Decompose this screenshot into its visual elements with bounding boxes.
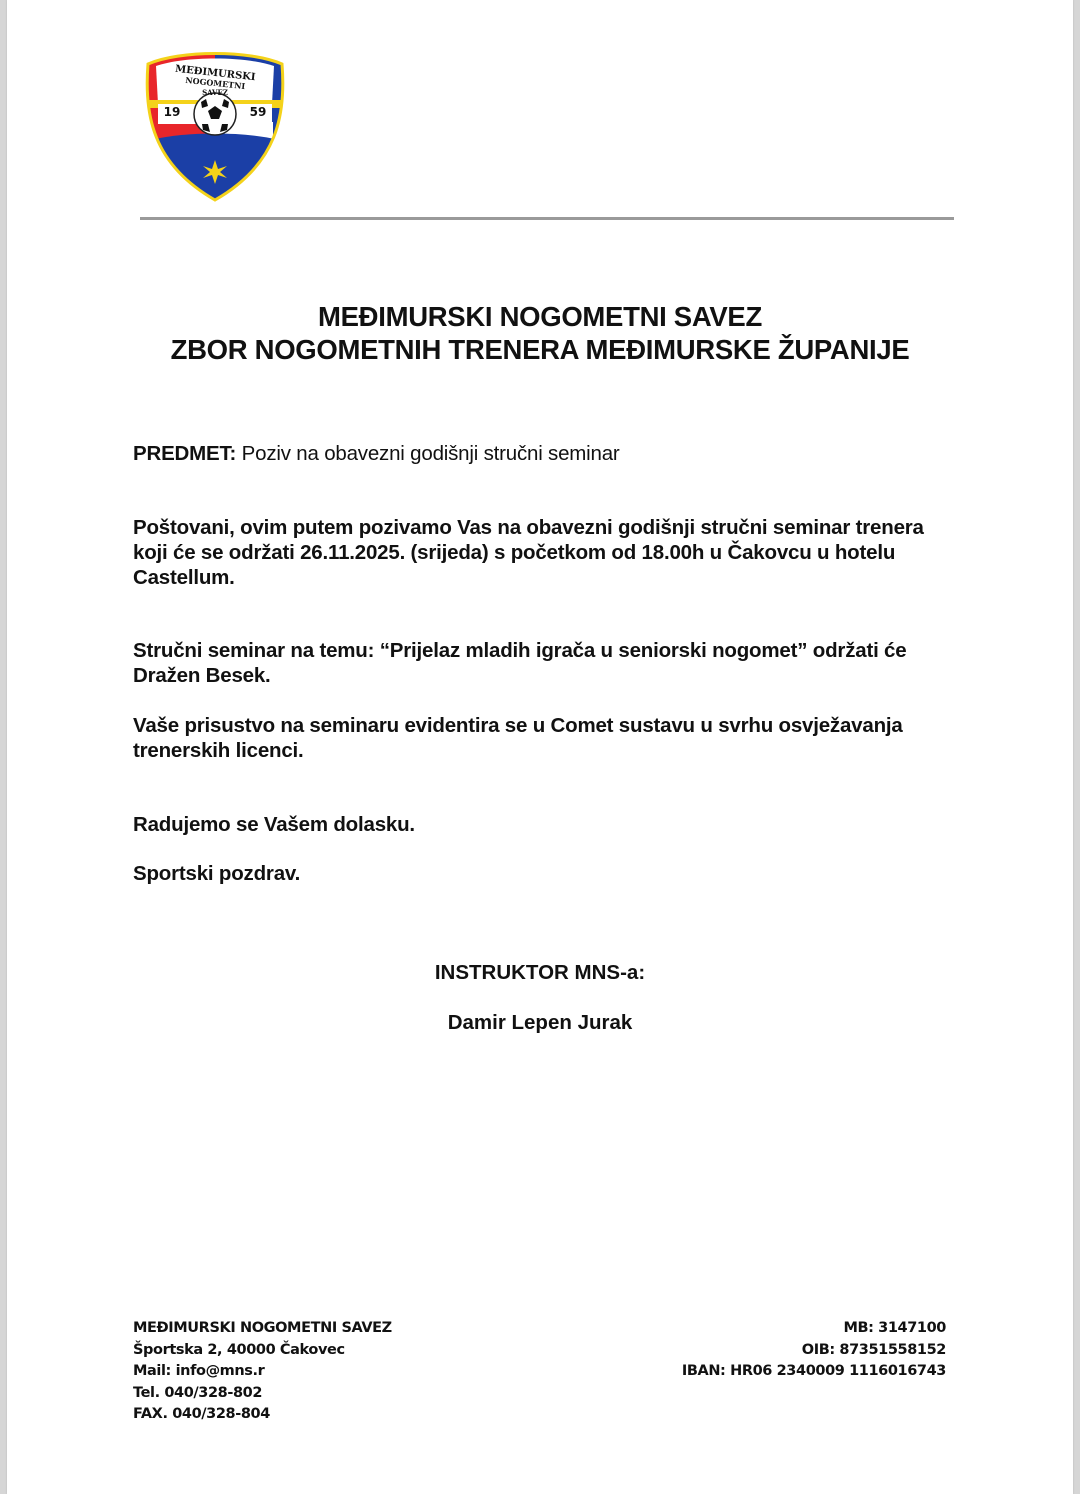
org-subtitle: ZBOR NOGOMETNIH TRENERA MEĐIMURSKE ŽUPAN… (0, 333, 1080, 367)
subject-line: PREDMET: Poziv na obavezni godišnji stru… (133, 441, 963, 466)
footer-registry: MB: 3147100 OIB: 87351558152 IBAN: HR06 … (682, 1318, 946, 1383)
footer-oib: OIB: 87351558152 (682, 1340, 946, 1362)
org-title: MEĐIMURSKI NOGOMETNI SAVEZ (0, 300, 1080, 334)
signature-name: Damir Lepen Jurak (0, 1010, 1080, 1035)
header-divider (140, 217, 954, 220)
footer-email: Mail: info@mns.r (133, 1361, 392, 1383)
subject-label: PREDMET: (133, 442, 236, 465)
footer-org-name: MEĐIMURSKI NOGOMETNI SAVEZ (133, 1318, 392, 1340)
footer-address: Športska 2, 40000 Čakovec (133, 1340, 392, 1362)
attendance-paragraph: Vaše prisustvo na seminaru evidentira se… (133, 713, 963, 763)
footer-iban: IBAN: HR06 2340009 1116016743 (682, 1361, 946, 1383)
footer-mb: MB: 3147100 (682, 1318, 946, 1340)
invitation-paragraph: Poštovani, ovim putem pozivamo Vas na ob… (133, 515, 963, 590)
greeting-line: Sportski pozdrav. (133, 861, 963, 886)
svg-text:19: 19 (164, 105, 181, 119)
footer-contact: MEĐIMURSKI NOGOMETNI SAVEZ Športska 2, 4… (133, 1318, 392, 1426)
footer-phone: Tel. 040/328-802 (133, 1383, 392, 1405)
signature-title: INSTRUKTOR MNS-a: (0, 960, 1080, 985)
svg-text:59: 59 (250, 105, 267, 119)
closing-line: Radujemo se Vašem dolasku. (133, 812, 963, 837)
footer-fax: FAX. 040/328-804 (133, 1404, 392, 1426)
club-crest-icon: MEĐIMURSKI NOGOMETNI SAVEZ 19 59 (140, 44, 290, 204)
seminar-topic-paragraph: Stručni seminar na temu: “Prijelaz mladi… (133, 638, 963, 688)
svg-text:SAVEZ: SAVEZ (202, 88, 228, 97)
subject-text: Poziv na obavezni godišnji stručni semin… (236, 442, 619, 465)
